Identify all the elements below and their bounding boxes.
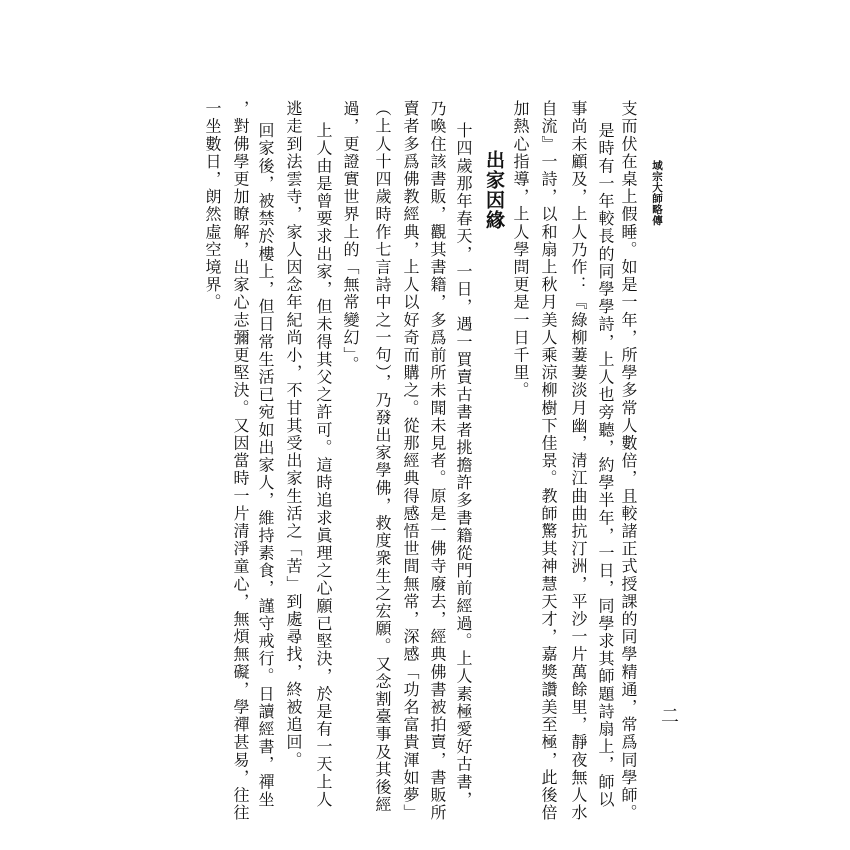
text-column-5: 加熱心指導，上人學問更是一日千里。 bbox=[510, 100, 530, 399]
text-column-6: 十四歲那年春天，一日，遇一買賣古書者挑擔許多書籍從門前經過。上人素極愛好古書， bbox=[453, 122, 473, 808]
text-column-9: （上人十四歲時作七言詩中之一句），乃發出家學佛，救度衆生之宏願。又念割臺事及其後… bbox=[372, 100, 392, 814]
text-column-1: 支而伏在桌上假睡。如是一年，所學多常人數倍，且較諸正式授課的同學精通，常爲同學師… bbox=[618, 100, 638, 822]
text-column-11: 上人由是曾要求出家，但未得其父之許可。這時追求眞理之心願已堅決，於是有一天上人 bbox=[313, 122, 333, 808]
text-column-12: 逃走到法雲寺，家人因念年紀尚小，不甘其受出家生活之「苦」到處尋找，終被追回。 bbox=[283, 100, 303, 769]
text-column-15: 一坐數日，朗然虛空境界。 bbox=[202, 100, 222, 311]
page-number: 二 bbox=[655, 706, 681, 724]
text-column-14: ，對佛學更加瞭解，出家心志彌更堅決。又因當時一片清淨童心，無煩無礙，學禪甚易，往… bbox=[230, 100, 250, 822]
text-column-4: 自流』一詩，以和扇上秋月美人乘涼柳樹下佳景。教師驚其神慧天才，嘉獎讚美至極，此後… bbox=[538, 100, 558, 822]
section-heading: 出家因緣 bbox=[481, 150, 508, 230]
text-column-13: 回家後，被禁於樓上，但日常生活已宛如出家人，維持素食，謹守戒行。日讀經書，禪坐 bbox=[255, 122, 275, 808]
text-column-2: 是時有一年較長的同學學詩，上人也旁聽，約學半年，一日，同學求其師題詩扇上，師以 bbox=[595, 122, 615, 808]
book-page: 域宗大師略傳 二 支而伏在桌上假睡。如是一年，所學多常人數倍，且較諸正式授課的同… bbox=[0, 0, 850, 850]
text-column-3: 事尚未顧及，上人乃作：『綠柳萋萋淡月幽，清江曲曲抗汀洲，平沙一片萬餘里，靜夜無人… bbox=[568, 100, 588, 822]
text-column-10: 過，更證實世界上的「無常變幻」。 bbox=[340, 100, 360, 374]
running-title: 域宗大師略傳 bbox=[650, 160, 665, 226]
text-column-7: 乃喚住該書販，觀其書籍，多爲前所未聞未見者。原是一佛寺廢去，經典佛書被拍賣，書販… bbox=[427, 100, 447, 822]
text-column-8: 賣者多爲佛教經典，上人以好奇而購之。從那經典得感悟世間無常，深感「功名富貴渾如夢… bbox=[400, 100, 420, 822]
